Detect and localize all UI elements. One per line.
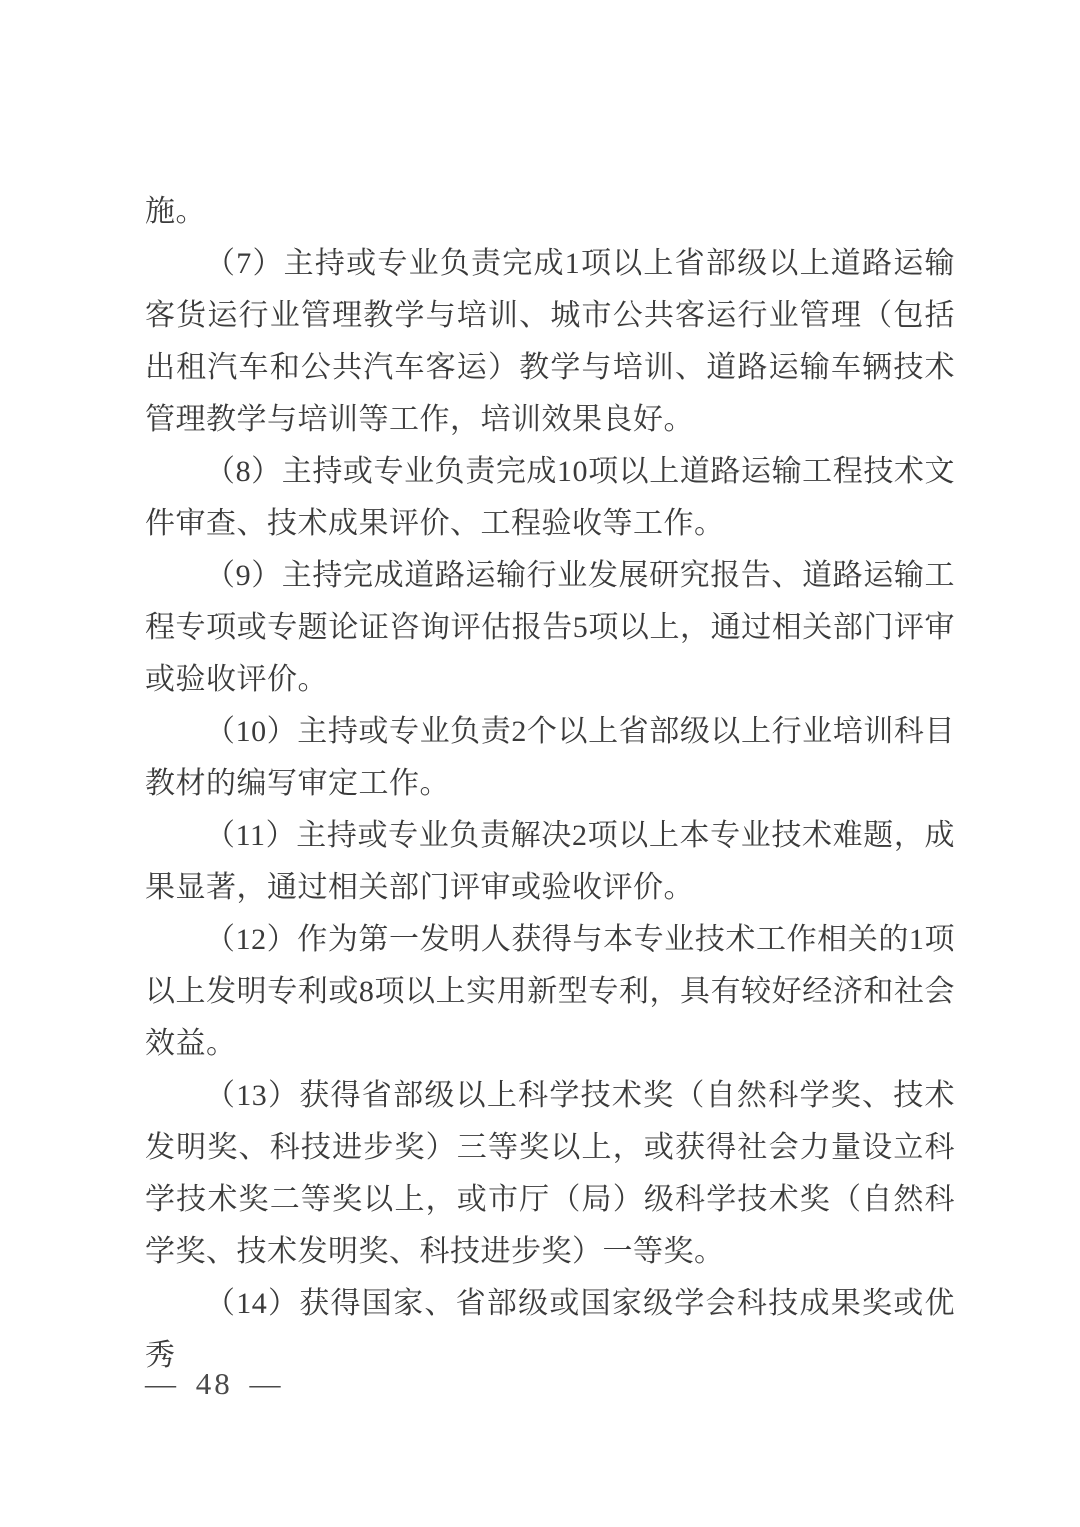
document-page: 施。（7）主持或专业负责完成1项以上省部级以上道路运输客货运行业管理教学与培训、…	[0, 0, 1080, 1527]
paragraph: （11）主持或专业负责解决2项以上本专业技术难题，成果显著，通过相关部门评审或验…	[145, 810, 955, 914]
paragraph: 施。	[145, 186, 955, 238]
document-body: 施。（7）主持或专业负责完成1项以上省部级以上道路运输客货运行业管理教学与培训、…	[145, 186, 955, 1382]
paragraph: （7）主持或专业负责完成1项以上省部级以上道路运输客货运行业管理教学与培训、城市…	[145, 238, 955, 446]
paragraph: （13）获得省部级以上科学技术奖（自然科学奖、技术发明奖、科技进步奖）三等奖以上…	[145, 1070, 955, 1278]
paragraph: （10）主持或专业负责2个以上省部级以上行业培训科目教材的编写审定工作。	[145, 706, 955, 810]
page-footer: — 48 —	[145, 1364, 284, 1404]
paragraph: （12）作为第一发明人获得与本专业技术工作相关的1项以上发明专利或8项以上实用新…	[145, 914, 955, 1070]
paragraph: （8）主持或专业负责完成10项以上道路运输工程技术文件审查、技术成果评价、工程验…	[145, 446, 955, 550]
page-number: — 48 —	[145, 1366, 284, 1401]
paragraph: （9）主持完成道路运输行业发展研究报告、道路运输工程专项或专题论证咨询评估报告5…	[145, 550, 955, 706]
